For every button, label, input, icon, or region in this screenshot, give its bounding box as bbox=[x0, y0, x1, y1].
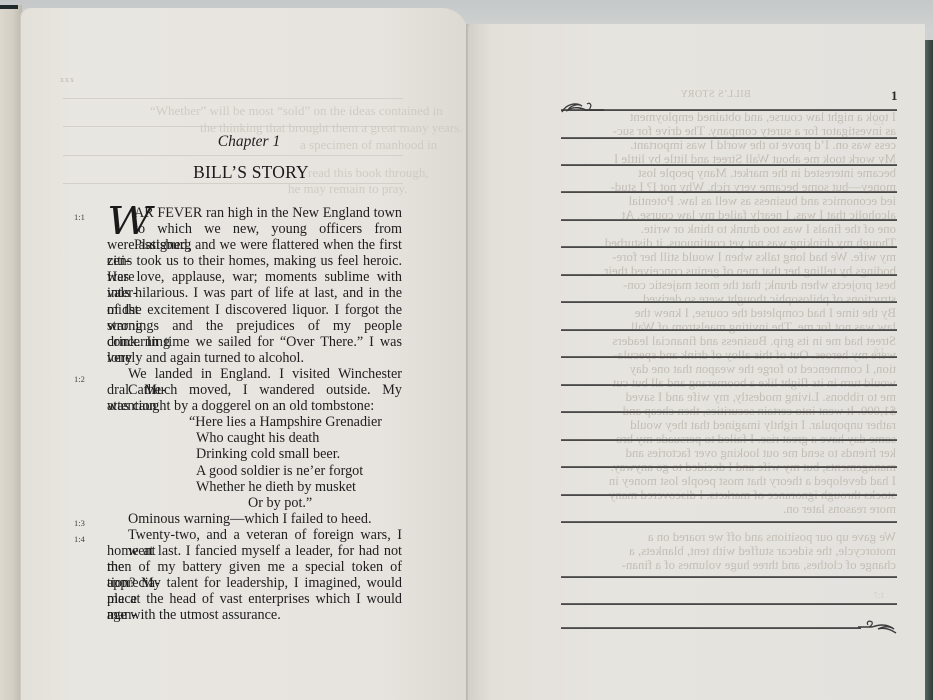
book-cover-right bbox=[925, 40, 933, 700]
ruled-line bbox=[561, 627, 861, 629]
verse-number: 1:2 bbox=[74, 374, 85, 384]
bleed-through-line: ker friends to send me out looking over … bbox=[562, 447, 896, 461]
ruled-line bbox=[561, 576, 897, 578]
text-line: me at the head of vast enterprises which… bbox=[107, 591, 402, 607]
text-line: of the excitement I discovered liquor. I… bbox=[107, 302, 402, 318]
ghost-verse-number: 1:6 bbox=[874, 346, 884, 355]
bleed-through-line: Street had me in its grip. Business and … bbox=[562, 335, 896, 349]
bleed-through-line: me to ribbons. Living modestly, my wife … bbox=[562, 391, 896, 405]
paragraph-1-4: Twenty-two, and a veteran of foreign war… bbox=[107, 527, 402, 624]
bleed-through-line: motorcycle, the sidecar stuffed with ten… bbox=[562, 545, 896, 559]
poem-line: A good soldier is ne’er forgot bbox=[107, 463, 402, 479]
chapter-body: W AR FEVER ran high in the New England t… bbox=[107, 205, 402, 623]
book-cover-left-edge bbox=[0, 5, 18, 9]
bleed-through-line: tion, I commenced to forge the weapon th… bbox=[562, 363, 896, 377]
text-line: was love, applause, war; moments sublime… bbox=[107, 269, 402, 285]
ghost-rule bbox=[63, 98, 403, 99]
flourish-ornament-icon bbox=[560, 100, 604, 116]
poem-line: Drinking cold small beer. bbox=[107, 446, 402, 462]
ruled-line bbox=[561, 521, 897, 523]
bleed-through-line: alcoholic that I was, I nearly failed my… bbox=[562, 209, 896, 223]
chapter-label: Chapter 1 bbox=[20, 133, 468, 151]
bleed-through-line: money—but some became very rich. Why not… bbox=[562, 181, 896, 195]
ruled-line bbox=[561, 301, 897, 303]
text-line: tion? My talent for leadership, I imagin… bbox=[107, 575, 402, 591]
bleed-through-line: I took a night law course, and obtained … bbox=[562, 111, 896, 125]
bleed-through-line: managements, but my wife and I decided t… bbox=[562, 461, 896, 475]
text-line: Twenty-two, and a veteran of foreign war… bbox=[107, 527, 402, 543]
flourish-ornament-icon bbox=[858, 619, 898, 635]
text-line: was caught by a doggerel on an old tombs… bbox=[107, 398, 402, 414]
paragraph-1-3: Ominous warning—which I failed to heed. bbox=[107, 511, 402, 527]
ruled-line bbox=[561, 164, 897, 166]
ruled-line bbox=[561, 219, 897, 221]
poem-line: “Here lies a Hampshire Grenadier bbox=[107, 414, 402, 430]
bleed-through-line: rather unpopular. I rightly imagined tha… bbox=[562, 419, 896, 433]
page-number: 1 bbox=[891, 88, 898, 104]
bleed-through-line: more reasons later on. bbox=[562, 503, 896, 517]
text-line: warnings and the prejudices of my people… bbox=[107, 318, 402, 334]
dropcap-letter: W bbox=[107, 202, 152, 240]
ghost-bleed-line: he may remain to pray. bbox=[288, 181, 407, 197]
text-line: age with the utmost assurance. bbox=[107, 607, 402, 623]
bleed-through-line: law was not for me. The inviting maelstr… bbox=[562, 321, 896, 335]
text-line: zens took us to their homes, making us f… bbox=[107, 253, 402, 269]
poem-line: Or by pot.” bbox=[107, 495, 402, 511]
ruled-line bbox=[561, 356, 897, 358]
bleed-through-line: ied economics and business as well as la… bbox=[562, 195, 896, 209]
ruled-line bbox=[561, 494, 897, 496]
paragraph-1-1: W AR FEVER ran high in the New England t… bbox=[107, 205, 402, 366]
paragraph-1-2: We landed in England. I visited Winchest… bbox=[107, 366, 402, 511]
bleed-through-line: I had developed a theory that most peopl… bbox=[562, 475, 896, 489]
ghost-rule bbox=[63, 155, 403, 156]
bleed-through-line: best projects when drunk; that the most … bbox=[562, 279, 896, 293]
ruled-line bbox=[561, 603, 897, 605]
tombstone-poem: “Here lies a Hampshire Grenadier Who cau… bbox=[107, 414, 402, 511]
chapter-title: BILL’S STORY bbox=[20, 162, 468, 183]
text-line: Ominous warning—which I failed to heed. bbox=[107, 511, 402, 527]
verse-number: 1:1 bbox=[74, 212, 85, 222]
ruled-line bbox=[561, 384, 897, 386]
bleed-through-line: one of the finals I was too drunk to thi… bbox=[562, 223, 896, 237]
ruled-line bbox=[561, 439, 897, 441]
bleed-through-line: structions of philosophic thought were s… bbox=[562, 293, 896, 307]
verse-number: 1:3 bbox=[74, 518, 85, 528]
bleed-through-line: By the time I had completed the course, … bbox=[562, 307, 896, 321]
ghost-page-header: xxx bbox=[60, 75, 75, 84]
running-head-ghost: BILL’S STORY bbox=[680, 89, 751, 100]
ghost-verse-number: 1:7 bbox=[874, 591, 884, 600]
text-line: men of my battery given me a special tok… bbox=[107, 559, 402, 575]
verse-number: 1:4 bbox=[74, 534, 85, 544]
bleed-through-line: my wife. We had long talks when I would … bbox=[562, 251, 896, 265]
text-line: lonely and again turned to alcohol. bbox=[107, 350, 402, 366]
ghost-verse-number: 1:5 bbox=[874, 118, 884, 127]
ruled-line bbox=[561, 274, 897, 276]
bleed-through-line: became interested in the market. Many pe… bbox=[562, 167, 896, 181]
book-cover-left bbox=[0, 5, 22, 700]
bleed-through-line: bodings by telling her that men of geniu… bbox=[562, 265, 896, 279]
ruled-line bbox=[561, 466, 897, 468]
ghost-bleed-line: “Whether” will be most “sold” on the ide… bbox=[150, 103, 443, 119]
ruled-line bbox=[561, 411, 897, 413]
text-line: home at last. I fancied myself a leader,… bbox=[107, 543, 402, 559]
text-line: vals hilarious. I was part of life at la… bbox=[107, 285, 402, 301]
ruled-line bbox=[561, 109, 897, 111]
text-line: We landed in England. I visited Winchest… bbox=[107, 366, 402, 382]
bleed-through-line: stocks through ignorance of markets. I d… bbox=[562, 489, 896, 503]
bleed-through-line: We gave up our positions and off we roar… bbox=[562, 531, 896, 545]
text-line: dral. Much moved, I wandered outside. My… bbox=[107, 382, 402, 398]
poem-line: Whether he dieth by musket bbox=[107, 479, 402, 495]
text-line: drink. In time we sailed for “Over There… bbox=[107, 334, 402, 350]
ruled-line bbox=[561, 191, 897, 193]
bleed-through-line: change of clothes, and three huge volume… bbox=[562, 559, 896, 573]
ruled-line bbox=[561, 246, 897, 248]
bleed-through-line: Though my drinking was not yet continuou… bbox=[562, 237, 896, 251]
bleed-through-line: cess was on. I’d prove to the world I wa… bbox=[562, 139, 896, 153]
poem-line: Who caught his death bbox=[107, 430, 402, 446]
ruled-line bbox=[561, 329, 897, 331]
ruled-line bbox=[561, 137, 897, 139]
